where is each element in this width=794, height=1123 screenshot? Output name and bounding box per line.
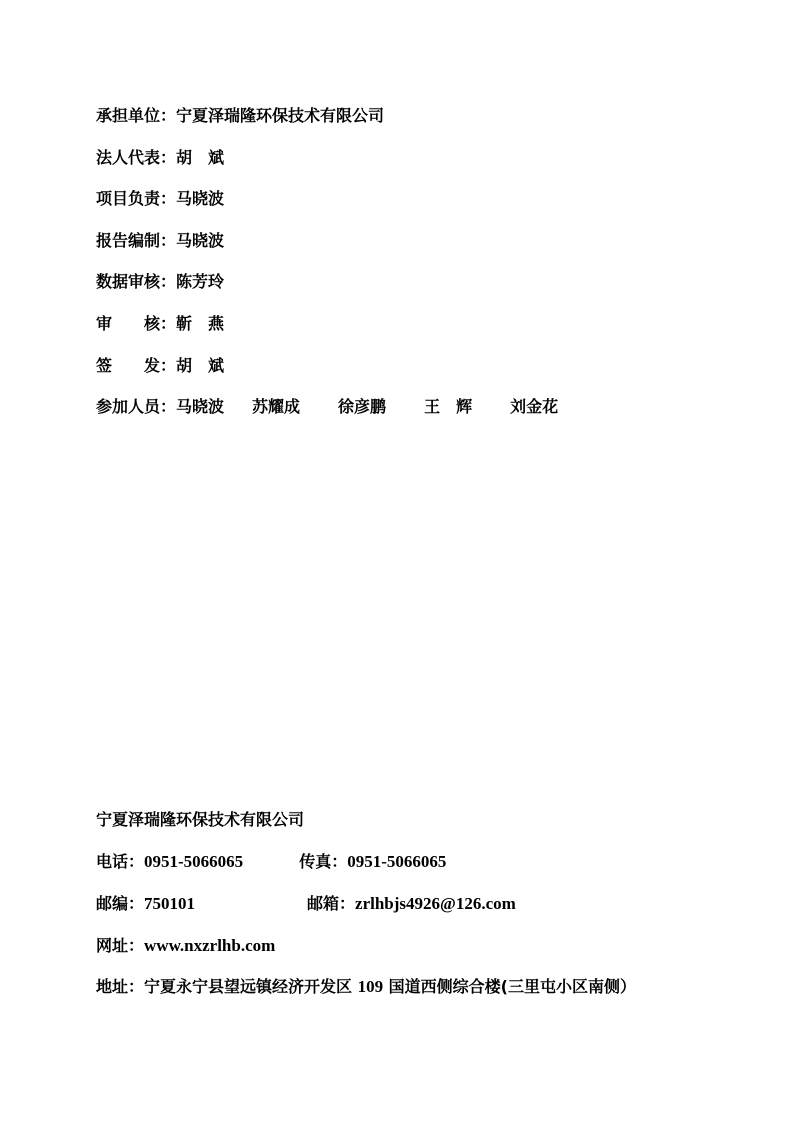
field-label: 审 核： bbox=[96, 314, 176, 333]
project-lead: 项目负责：马晓波 bbox=[96, 189, 224, 209]
phone-label: 电话： bbox=[96, 852, 144, 871]
field-value: 陈芳玲 bbox=[176, 272, 224, 291]
field-value: 马晓波 bbox=[176, 189, 224, 208]
email-label: 邮箱： bbox=[307, 894, 355, 913]
report-author: 报告编制：马晓波 bbox=[96, 231, 224, 251]
fax-number: 0951-5066065 bbox=[347, 852, 446, 871]
field-label: 报告编制： bbox=[96, 231, 176, 250]
legal-representative: 法人代表：胡 斌 bbox=[96, 148, 224, 168]
participant-name: 徐彦鹏 bbox=[338, 397, 386, 416]
field-label: 数据审核： bbox=[96, 272, 176, 291]
website-line: 网址：www.nxzrlhb.com bbox=[96, 936, 275, 956]
postcode: 750101 bbox=[144, 894, 195, 913]
field-label: 项目负责： bbox=[96, 189, 176, 208]
data-reviewer: 数据审核：陈芳玲 bbox=[96, 272, 224, 292]
fax-label: 传真： bbox=[299, 852, 347, 871]
field-value: 马晓波 bbox=[176, 231, 224, 250]
participant-name: 王 辉 bbox=[424, 397, 472, 416]
undertaking-unit: 承担单位：宁夏泽瑞隆环保技术有限公司 bbox=[96, 106, 384, 126]
company-name: 宁夏泽瑞隆环保技术有限公司 bbox=[96, 810, 304, 830]
issuer: 签 发：胡 斌 bbox=[96, 356, 224, 376]
postcode-email-line: 邮编：750101邮箱：zrlhbjs4926@126.com bbox=[96, 894, 516, 914]
field-value: 靳 燕 bbox=[176, 314, 224, 333]
field-value: 胡 斌 bbox=[176, 356, 224, 375]
field-label: 承担单位： bbox=[96, 106, 176, 125]
address-line: 地址：宁夏永宁县望远镇经济开发区 109 国道西侧综合楼(三里屯小区南侧） bbox=[96, 977, 636, 997]
website-label: 网址： bbox=[96, 936, 144, 955]
participant-name: 马晓波 bbox=[176, 397, 224, 416]
field-value: 宁夏泽瑞隆环保技术有限公司 bbox=[176, 106, 384, 125]
field-label: 法人代表： bbox=[96, 148, 176, 167]
address-text: 宁夏永宁县望远镇经济开发区 bbox=[144, 977, 358, 996]
participant-name: 苏耀成 bbox=[252, 397, 300, 416]
field-value: 胡 斌 bbox=[176, 148, 224, 167]
participants: 参加人员：马晓波苏耀成徐彦鹏王 辉刘金花 bbox=[96, 397, 558, 417]
website-url: www.nxzrlhb.com bbox=[144, 936, 275, 955]
field-label: 签 发： bbox=[96, 356, 176, 375]
field-label: 参加人员： bbox=[96, 397, 176, 416]
postcode-label: 邮编： bbox=[96, 894, 144, 913]
address-road-number: 109 bbox=[358, 977, 384, 996]
address-text: 国道西侧综合楼(三里屯小区南侧） bbox=[383, 977, 636, 996]
participant-name: 刘金花 bbox=[510, 397, 558, 416]
phone-number: 0951-5066065 bbox=[144, 852, 243, 871]
reviewer: 审 核：靳 燕 bbox=[96, 314, 224, 334]
email-address: zrlhbjs4926@126.com bbox=[355, 894, 516, 913]
address-label: 地址： bbox=[96, 977, 144, 996]
phone-fax-line: 电话：0951-5066065传真：0951-5066065 bbox=[96, 852, 446, 872]
